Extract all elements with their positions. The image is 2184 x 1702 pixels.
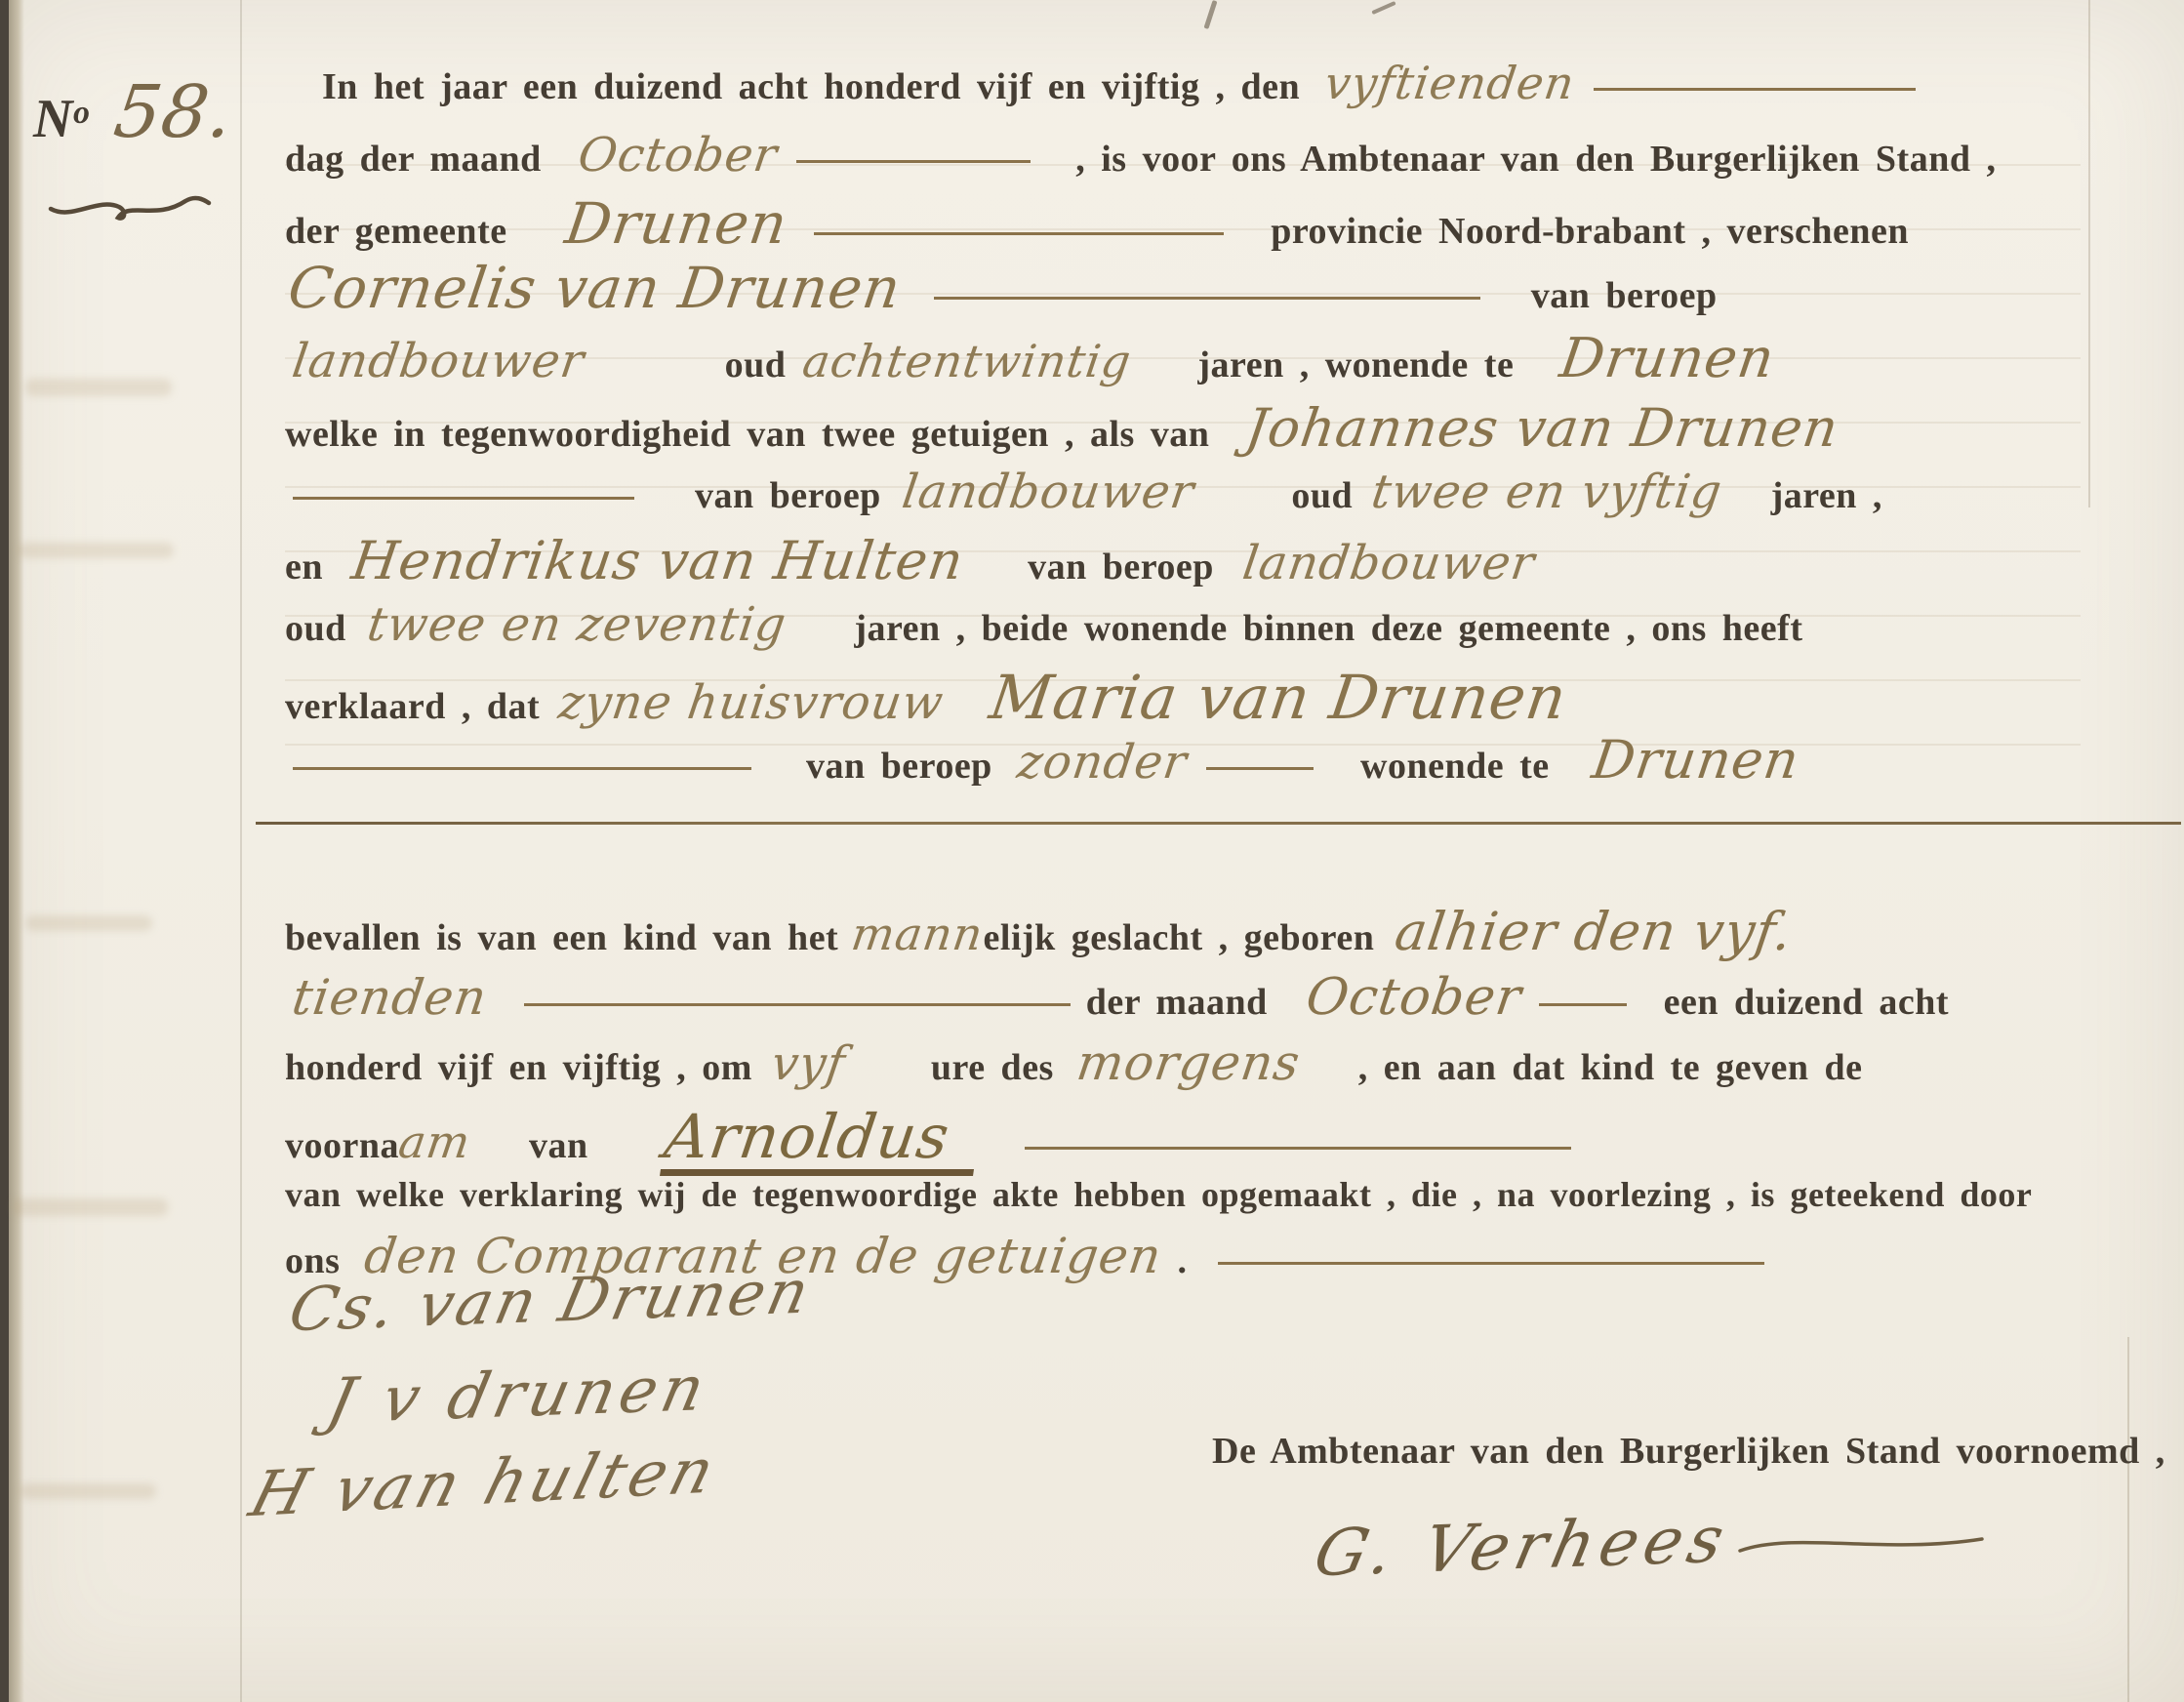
printed-text: , is voor ons Ambtenaar van den Burgerli… (1075, 139, 1996, 180)
printed-text: provincie Noord-brabant , verschenen (1271, 211, 1909, 252)
printed-text: van beroep (1028, 547, 1214, 588)
printed-text: , en aan dat kind te geven de (1358, 1047, 1863, 1088)
handwritten-entry: zyne huisvrouw (556, 679, 948, 726)
handwritten-entry: Drunen (1589, 734, 1802, 787)
handwritten-entry: Maria van Drunen (987, 668, 1571, 728)
printed-text: voorna (285, 1125, 399, 1166)
printed-text: van welke verklaring wij de tegenwoordig… (285, 1175, 2032, 1214)
page-edge-line (2088, 0, 2090, 507)
handwritten-entry: alhier den vyf. (1393, 906, 1797, 958)
act-line-2: dag der maand October , is voor ons Ambt… (285, 132, 1996, 179)
blank-rule (1539, 1003, 1627, 1006)
printed-text: oud (725, 344, 787, 385)
officer-title-line: De Ambtenaar van den Burgerlijken Stand … (1212, 1433, 2165, 1470)
blank-rule (934, 297, 1480, 300)
signature-comparant: Cs. van Drunen (293, 1271, 808, 1331)
handwritten-entry: Hendrikus van Hulten (348, 535, 967, 588)
act-line-7: van beroep landbouwer oud twee en vyftig… (293, 468, 1882, 515)
handwritten-entry: landbouwer (899, 468, 1196, 515)
blank-rule (1218, 1262, 1764, 1265)
act-line-11: van beroep zonder wonende te Drunen (293, 734, 1799, 787)
margin-column: No 58. (33, 76, 233, 148)
bleed-through-smudge (18, 543, 174, 558)
act-line-8: en Hendrikus van Hulten van beroep landb… (285, 535, 1535, 588)
blank-rule (1025, 1147, 1571, 1150)
printed-text: van (529, 1125, 588, 1166)
act-line-16: van welke verklaring wij de tegenwoordig… (285, 1177, 2032, 1212)
act-line-5: landbouwer oud achtentwintig jaren , won… (293, 332, 1774, 386)
officer-signature: G. Verhees (1309, 1508, 1735, 1587)
printed-text: . (1177, 1240, 1187, 1281)
handwritten-entry: vyf (769, 1040, 849, 1087)
blank-rule (524, 1003, 1071, 1006)
signature-witness-1: J v drunen (330, 1364, 707, 1427)
act-line-10: verklaard , dat zyne huisvrouw Maria van… (285, 668, 1566, 728)
bleed-through-smudge (25, 915, 152, 931)
handwritten-entry: Drunen (562, 195, 791, 252)
handwritten-entry: am (396, 1119, 474, 1164)
handwritten-entry: morgens (1073, 1038, 1303, 1087)
handwritten-entry: twee en vyftig (1369, 468, 1725, 515)
document-page: No 58. In het jaar een duizend acht hond… (0, 0, 2184, 1702)
crease-line (240, 0, 242, 1702)
handwritten-entry: twee en zeventig (364, 601, 789, 648)
binding-edge-shadow (9, 0, 24, 1702)
handwritten-entry: landbouwer (290, 338, 587, 385)
printed-text: oud (1291, 475, 1353, 516)
act-line-15: voornaam van Arnoldus (285, 1107, 1571, 1176)
printed-text: oud (285, 608, 346, 649)
printed-text: en (285, 547, 323, 588)
blank-rule (1594, 88, 1916, 91)
handwritten-entry: October (575, 132, 780, 179)
printed-text: jaren , (1771, 475, 1882, 516)
officer-title: De Ambtenaar van den Burgerlijken Stand … (1212, 1431, 2165, 1472)
act-line-1: In het jaar een duizend acht honderd vij… (322, 61, 1916, 105)
printed-text: der gemeente (285, 211, 507, 252)
bleed-through-smudge (12, 1198, 168, 1216)
blank-rule (293, 767, 751, 770)
act-line-4: Cornelis van Drunen van beroep (289, 260, 1718, 316)
printed-text: elijk geslacht , geboren (984, 917, 1375, 958)
handwritten-entry: Johannes van Drunen (1243, 402, 1842, 455)
printed-text: dag der maand (285, 139, 542, 180)
printed-text: ure des (931, 1047, 1054, 1088)
bleed-through-smudge (25, 379, 172, 396)
signature-text: H van hulten (244, 1440, 724, 1526)
handwritten-entry: Cornelis van Drunen (285, 260, 905, 316)
signature-text: J v drunen (322, 1358, 714, 1433)
printed-text: der maand (1086, 982, 1268, 1023)
printed-text: wonende te (1360, 746, 1550, 787)
handwritten-entry: zonder (1014, 739, 1190, 786)
act-line-12: bevallen is van een kind van het manneli… (285, 906, 1793, 958)
handwritten-entry: Arnoldus (660, 1107, 983, 1176)
record-flourish (47, 191, 213, 224)
handwritten-entry: landbouwer (1240, 540, 1538, 587)
printed-text: welke in tegenwoordigheid van twee getui… (285, 414, 1209, 455)
printed-text: verklaard , dat (285, 686, 540, 727)
bleed-through-smudge (20, 1483, 156, 1499)
handwritten-entry: October (1303, 972, 1524, 1023)
record-no-label: N (33, 89, 73, 149)
act-line-14: honderd vijf en vijftig , om vyf ure des… (285, 1038, 1863, 1087)
act-line-13: tienden der maand October een duizend ac… (293, 972, 1949, 1023)
section-divider (256, 822, 2181, 825)
handwritten-entry: vyftienden (1322, 61, 1578, 105)
printed-text: van beroep (1531, 275, 1718, 316)
printed-text: In het jaar een duizend acht honderd vij… (322, 66, 1300, 107)
signature-witness-2: H van hulten (256, 1452, 712, 1515)
record-number: 58. (110, 76, 238, 148)
act-line-6: welke in tegenwoordigheid van twee getui… (285, 402, 1839, 455)
blank-rule (1206, 767, 1314, 770)
handwritten-entry: tienden (289, 973, 490, 1022)
blank-rule (293, 497, 634, 500)
binding-edge (0, 0, 9, 1702)
printed-text: jaren , beide wonende binnen deze gemeen… (854, 608, 1802, 649)
page-edge-line (2127, 1337, 2129, 1702)
printed-text: honderd vijf en vijftig , om (285, 1047, 752, 1088)
handwritten-entry: Drunen (1557, 332, 1778, 386)
act-line-9: oud twee en zeventig jaren , beide wonen… (285, 601, 1802, 648)
signature-flourish (1736, 1529, 1990, 1559)
printed-text: van beroep (695, 475, 881, 516)
stray-ink-mark (1371, 1, 1395, 15)
printed-text: jaren , wonende te (1197, 344, 1514, 385)
handwritten-entry: achtentwintig (800, 339, 1134, 384)
blank-rule (814, 232, 1224, 235)
printed-text: een duizend acht (1664, 982, 1949, 1023)
officer-signature-line: G. Verhees (1317, 1515, 1990, 1579)
act-line-3: der gemeente Drunen provincie Noord-brab… (285, 195, 1909, 252)
signature-text: Cs. van Drunen (284, 1262, 817, 1340)
record-no-sup: o (73, 95, 91, 131)
printed-text: bevallen is van een kind van het (285, 917, 838, 958)
printed-text: van beroep (806, 746, 992, 787)
blank-rule (796, 160, 1031, 163)
handwritten-entry: mann (849, 912, 987, 956)
stray-ink-mark (1203, 0, 1217, 29)
